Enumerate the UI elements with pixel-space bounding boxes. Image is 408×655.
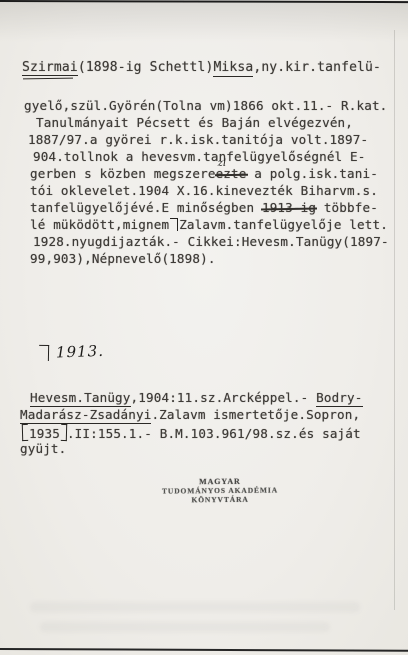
biblio-line: Madarász-Zsadányi.Zalavm ismertetője.Sop… <box>20 407 360 422</box>
ghost-impression <box>30 602 360 612</box>
bio-text: többfe- <box>316 200 378 215</box>
biblio-text: .Zalavm ismertetője.Sopron, <box>151 407 360 422</box>
bio-line: 99,903),Népnevelő(1898). <box>30 251 216 266</box>
bio-line: Tanulmányait Pécsett és Baján elvégezvén… <box>36 115 353 130</box>
photo-edge-bottom <box>0 648 408 652</box>
catalog-card-scan: Szirmai(1898-ig Schettl)Miksa,ny.kir.tan… <box>0 0 408 655</box>
bio-line-with-strikeout: tanfelügyelőjévé.E minőségben 1913-ig tö… <box>30 200 378 215</box>
bio-line: 1928.nyugdijazták.- Cikkei:Hevesm.Tanügy… <box>33 234 389 249</box>
struck-text: 1913-ig <box>262 200 316 215</box>
bio-line-with-insertion: lé müködött,mignemZalavm.tanfelügyelője … <box>30 217 388 232</box>
bio-line: tói oklevelet.1904 X.16.kinevezték Bihar… <box>30 183 378 198</box>
biblio-author-start: Bodry- <box>316 390 362 407</box>
handwritten-note-text: 1913. <box>56 342 105 362</box>
bio-text: a polg.isk.tani- <box>247 166 378 181</box>
bio-line: 1887/97.a györei r.k.isk.tanitója volt.1… <box>28 132 368 147</box>
biblio-year: 1935 <box>29 426 60 441</box>
struck-typo: eztezi <box>216 166 247 181</box>
biblio-line: gyüjt. <box>20 441 66 456</box>
insertion-caret-icon <box>39 345 49 361</box>
bio-text: tanfelügyelőjévé.E minőségben <box>30 200 262 215</box>
bio-line-with-correction: gerben s közben megszereeztezi a polg.is… <box>30 166 378 181</box>
hand-bracket-left-icon <box>22 424 28 441</box>
bio-text: gerben s közben megszere <box>30 166 216 181</box>
biblio-line: Hevesm.Tanügy,1904:11.sz.Arcképpel.- Bod… <box>30 390 363 405</box>
library-stamp: MAGYAR TUDOMÁNYOS AKADÉMIA KÖNYVTÁRA <box>155 476 285 504</box>
entry-surname: Szirmai <box>22 60 78 76</box>
entry-forename: Miksa <box>213 60 253 77</box>
ghost-impression <box>40 622 330 632</box>
stamp-line: KÖNYVTÁRA <box>155 494 285 504</box>
biblio-line: 1935.II:155.1.- B.M.103.961/98.sz.és saj… <box>22 424 361 441</box>
handwritten-correction: zi <box>218 156 226 171</box>
hand-bracket-right-icon <box>61 424 67 441</box>
card-edge-right <box>394 30 395 610</box>
entry-title-line: Szirmai(1898-ig Schettl)Miksa,ny.kir.tan… <box>22 60 381 75</box>
biblio-text: .II:155.1.- B.M.103.961/98.sz.és saját <box>67 426 361 441</box>
bio-text: Zalavm.tanfelügyelője lett. <box>179 217 388 232</box>
bio-line: gyelő,szül.Györén(Tolna vm)1866 okt.11.-… <box>24 98 387 113</box>
handwritten-note: 1913. <box>38 342 105 362</box>
struck-date: 1913-ig <box>262 200 316 215</box>
biblio-source: Hevesm.Tanügy <box>30 390 131 407</box>
bio-line: 904.tollnok a hevesvm.tanfelügyelőségnél… <box>33 149 365 164</box>
entry-maiden-name: (1898-ig Schettl) <box>78 60 214 75</box>
photo-shading <box>0 2 408 42</box>
bio-text: lé müködött,mignem <box>30 217 169 232</box>
biblio-author-end: Madarász-Zsadányi <box>20 407 151 424</box>
biblio-text: ,1904:11.sz.Arcképpel.- <box>131 390 317 405</box>
entry-title-rest: ,ny.kir.tanfelü- <box>253 60 381 75</box>
insertion-caret-icon <box>170 218 178 231</box>
